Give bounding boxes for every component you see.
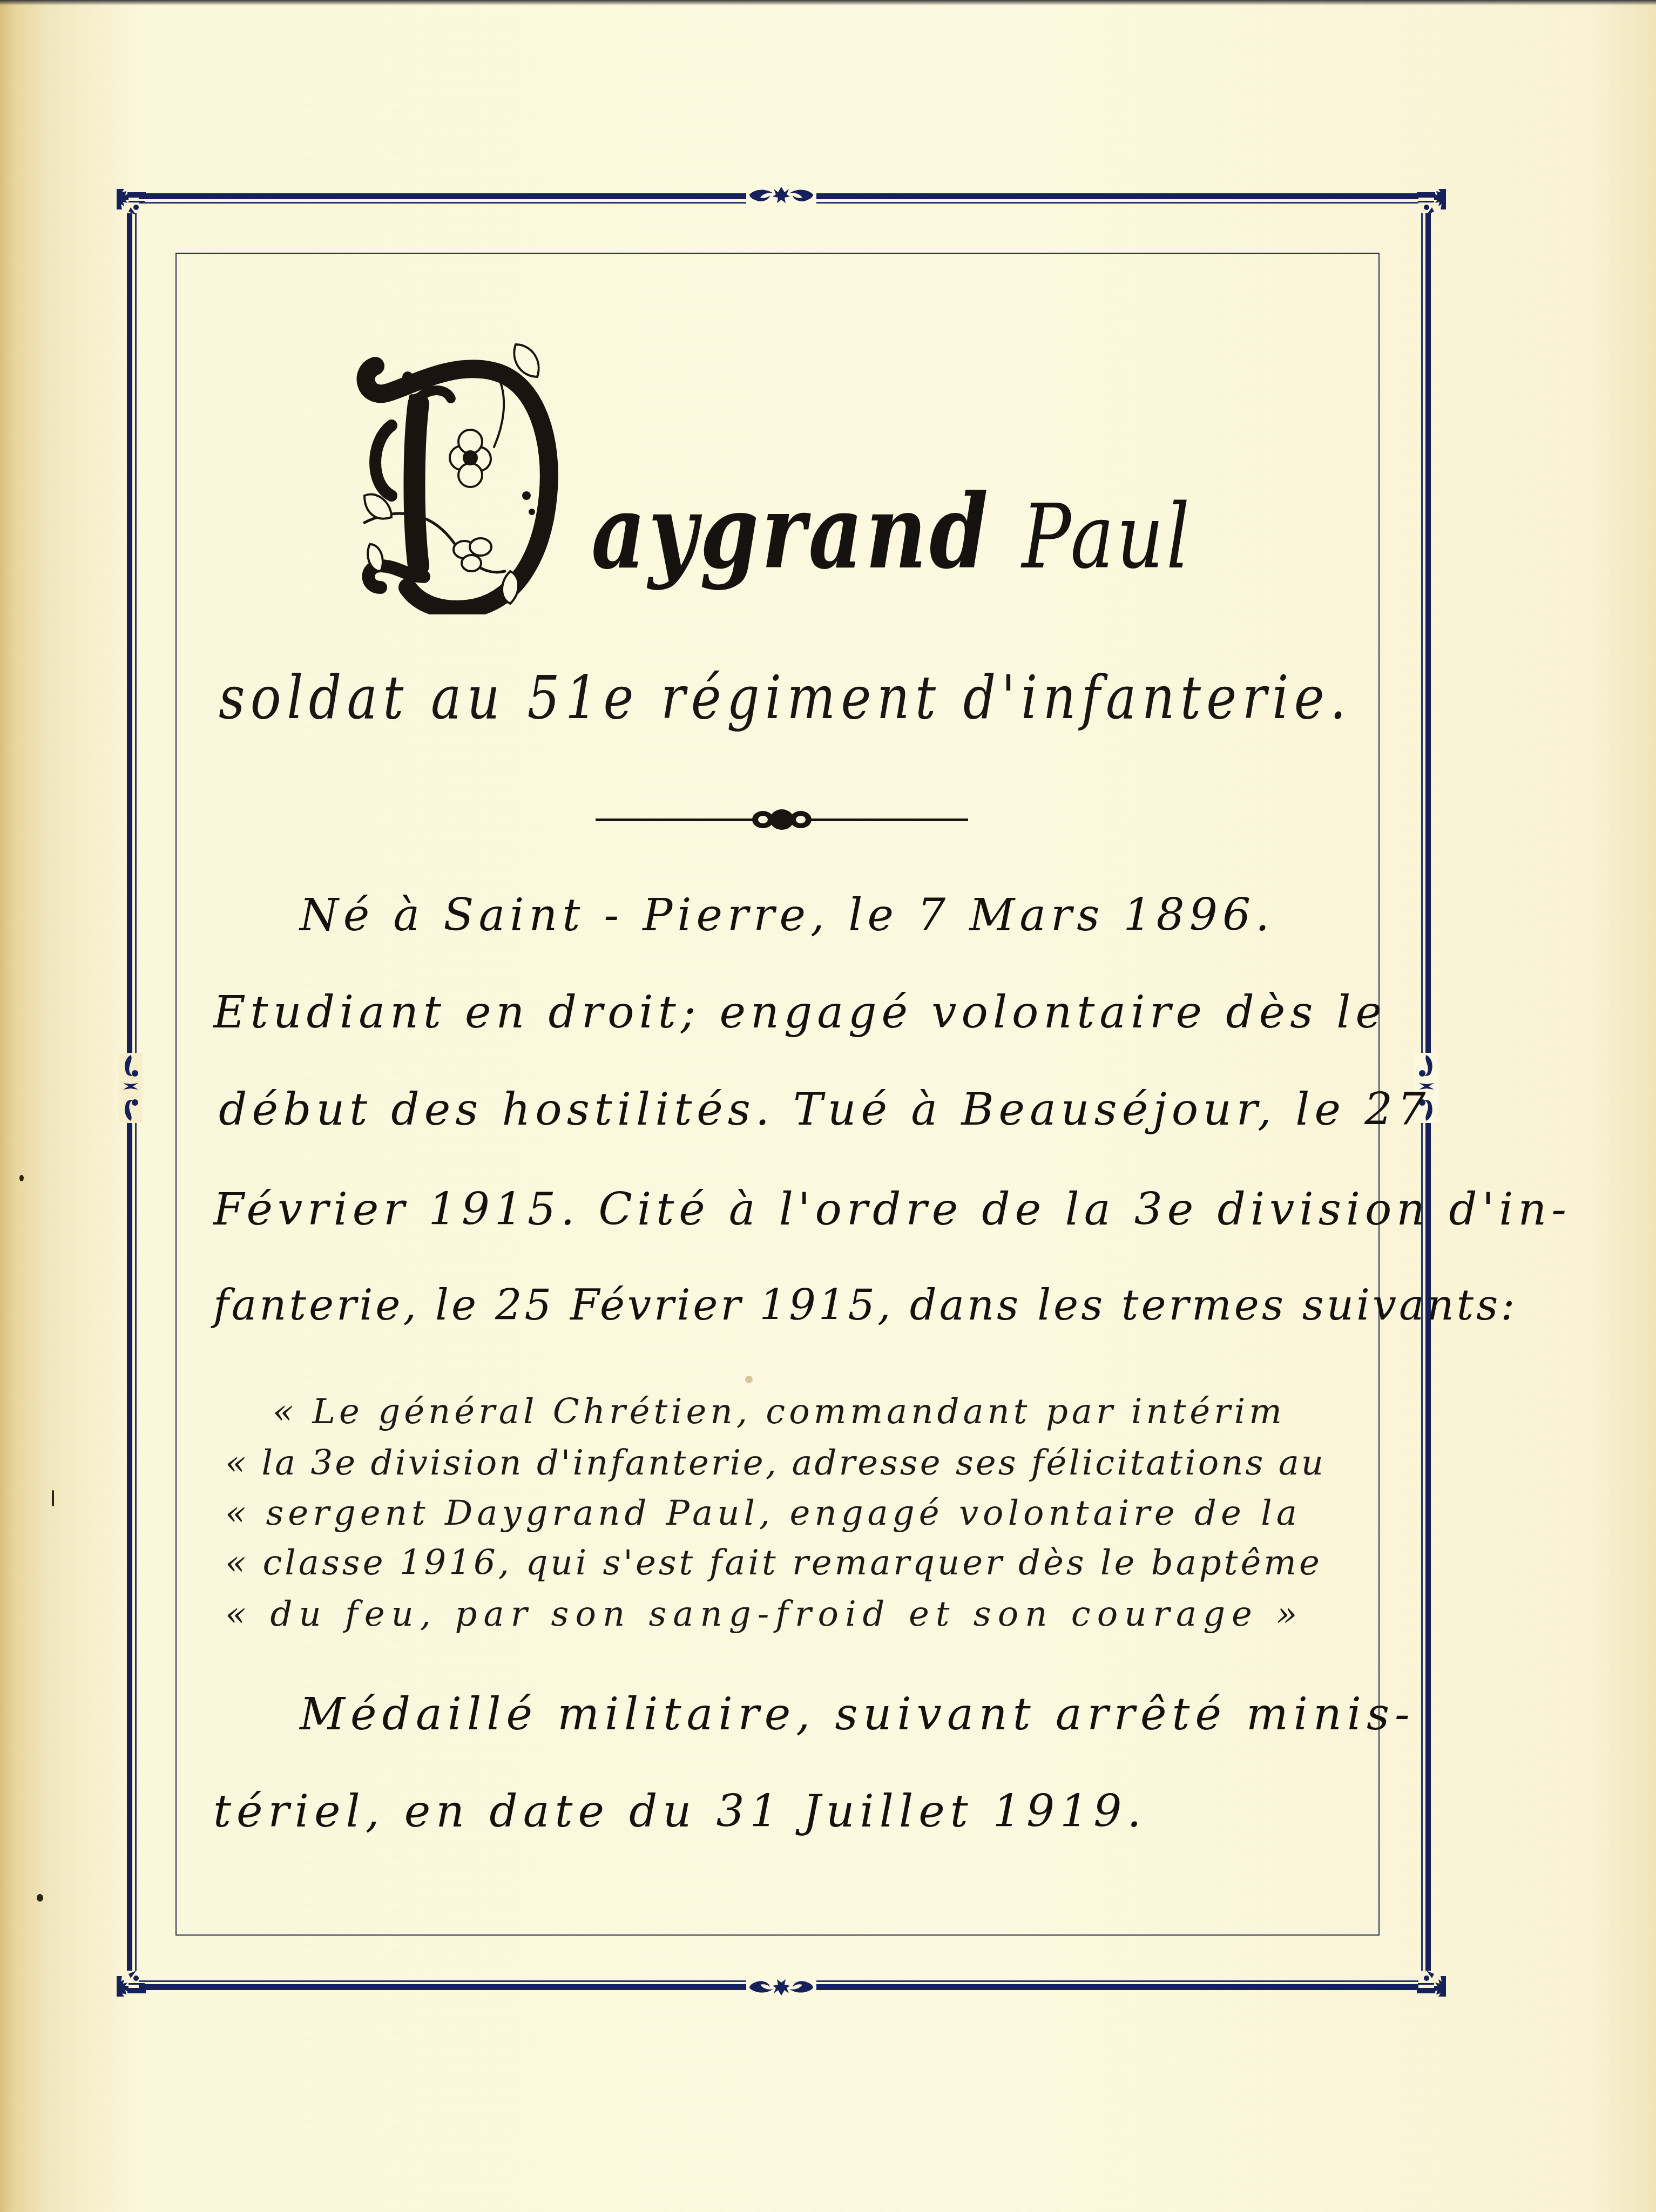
citation-line: « sergent Daygrand Paul, engagé volontai… xyxy=(225,1493,1301,1533)
title-name: aygrandPaul xyxy=(591,471,1192,592)
citation-line: « la 3e division d'infanterie, adresse s… xyxy=(225,1443,1326,1483)
title-surname: aygrand xyxy=(591,471,991,592)
center-ornament-icon xyxy=(746,1974,816,2000)
ink-speck xyxy=(52,1490,54,1506)
corner-ornament-icon xyxy=(1416,1967,1448,2000)
body-line: début des hostilités. Tué à Beauséjour, … xyxy=(219,1084,1430,1135)
subtitle-rank-regiment: soldat au 51e régiment d'infanterie. xyxy=(219,663,1194,732)
closing-line: Médaillé militaire, suivant arrêté minis… xyxy=(300,1689,1415,1740)
body-line: Etudiant en droit; engagé volontaire dès… xyxy=(213,987,1387,1038)
scanned-page: aygrandPaul soldat au 51e régiment d'inf… xyxy=(0,0,1656,2212)
body-line: Février 1915. Cité à l'ordre de la 3e di… xyxy=(213,1184,1571,1235)
floral-dropcap-icon xyxy=(354,334,580,614)
closing-line: tériel, en date du 31 Juillet 1919. xyxy=(213,1786,1147,1837)
body-line: Né à Saint - Pierre, le 7 Mars 1896. xyxy=(300,890,1274,941)
corner-ornament-icon xyxy=(1416,186,1448,218)
page-title: aygrandPaul xyxy=(354,334,1326,614)
body-line: fanterie, le 25 Février 1915, dans les t… xyxy=(213,1281,1518,1330)
citation-line: « classe 1916, qui s'est fait remarquer … xyxy=(225,1543,1322,1583)
corner-ornament-icon xyxy=(114,186,147,218)
title-first-name: Paul xyxy=(1022,485,1193,588)
page-content: aygrandPaul soldat au 51e régiment d'inf… xyxy=(175,253,1380,1936)
ink-speck xyxy=(19,1175,24,1181)
side-ornament-icon xyxy=(119,1053,143,1123)
corner-ornament-icon xyxy=(114,1967,147,2000)
citation-line: « Le général Chrétien, commandant par in… xyxy=(273,1392,1286,1432)
ink-speck xyxy=(37,1894,43,1902)
divider-ornament-icon xyxy=(596,809,968,830)
center-ornament-icon xyxy=(746,182,816,208)
citation-line: « du feu, par son sang-froid et son cour… xyxy=(225,1594,1303,1634)
